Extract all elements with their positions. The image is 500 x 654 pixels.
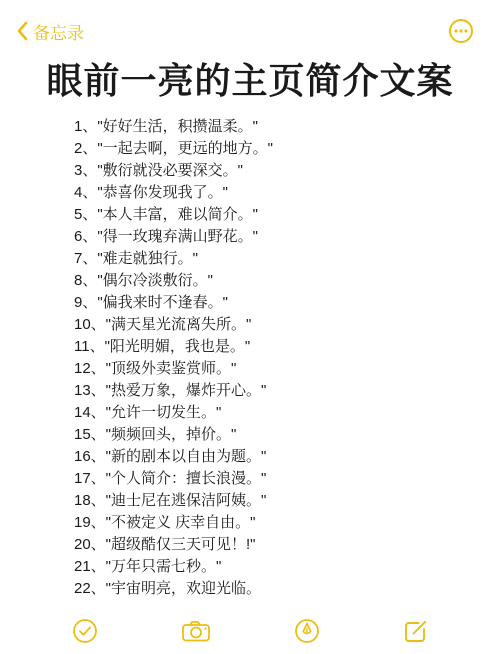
compose-icon [403,618,429,644]
camera-button[interactable] [181,619,211,643]
list-item: 21、"万年只需七秒。" [74,556,470,578]
quote-list: 1、"好好生活，积攒温柔。"2、"一起去啊，更远的地方。"3、"敷衍就没必要深交… [0,116,500,600]
markup-pen-icon [294,618,320,644]
list-item: 18、"迪士尼在逃保洁阿姨。" [74,490,470,512]
list-item: 19、"不被定义 庆幸自由。" [74,512,470,534]
list-item: 13、"热爱万象，爆炸开心。" [74,380,470,402]
list-item: 3、"敷衍就没必要深交。" [74,160,470,182]
list-item: 5、"本人丰富，难以简介。" [74,204,470,226]
checklist-button[interactable] [72,618,98,644]
list-item: 17、"个人简介：擅长浪漫。" [74,468,470,490]
back-label: 备忘录 [33,19,84,44]
markup-button[interactable] [294,618,320,644]
chevron-left-icon [16,21,28,41]
list-item: 10、"满天星光流离失所。" [74,314,470,336]
list-item: 20、"超级酷仅三天可见！!" [74,534,470,556]
list-item: 12、"顶级外卖鉴赏师。" [74,358,470,380]
camera-icon [181,619,211,643]
list-item: 9、"偏我来时不逢春。" [74,292,470,314]
more-button[interactable] [448,18,474,44]
nav-bar: 备忘录 [0,0,500,46]
list-item: 22、"宇宙明亮，欢迎光临。 [74,578,470,600]
note-body[interactable]: 眼前一亮的主页简介文案 1、"好好生活，积攒温柔。"2、"一起去啊，更远的地方。… [0,46,500,600]
list-item: 6、"得一玫瑰弃满山野花。" [74,226,470,248]
list-item: 14、"允许一切发生。" [74,402,470,424]
list-item: 2、"一起去啊，更远的地方。" [74,138,470,160]
list-item: 8、"偶尔冷淡敷衍。" [74,270,470,292]
bottom-toolbar [0,608,500,654]
checklist-icon [72,618,98,644]
list-item: 16、"新的剧本以自由为题。" [74,446,470,468]
list-item: 4、"恭喜你发现我了。" [74,182,470,204]
list-item: 7、"难走就独行。" [74,248,470,270]
back-button[interactable]: 备忘录 [16,19,84,44]
list-item: 15、"频频回头，掉价。" [74,424,470,446]
ellipsis-circle-icon [448,18,474,44]
list-item: 11、"阳光明媚，我也是。" [74,336,470,358]
compose-button[interactable] [403,618,429,644]
list-item: 1、"好好生活，积攒温柔。" [74,116,470,138]
page-title: 眼前一亮的主页简介文案 [0,58,500,104]
